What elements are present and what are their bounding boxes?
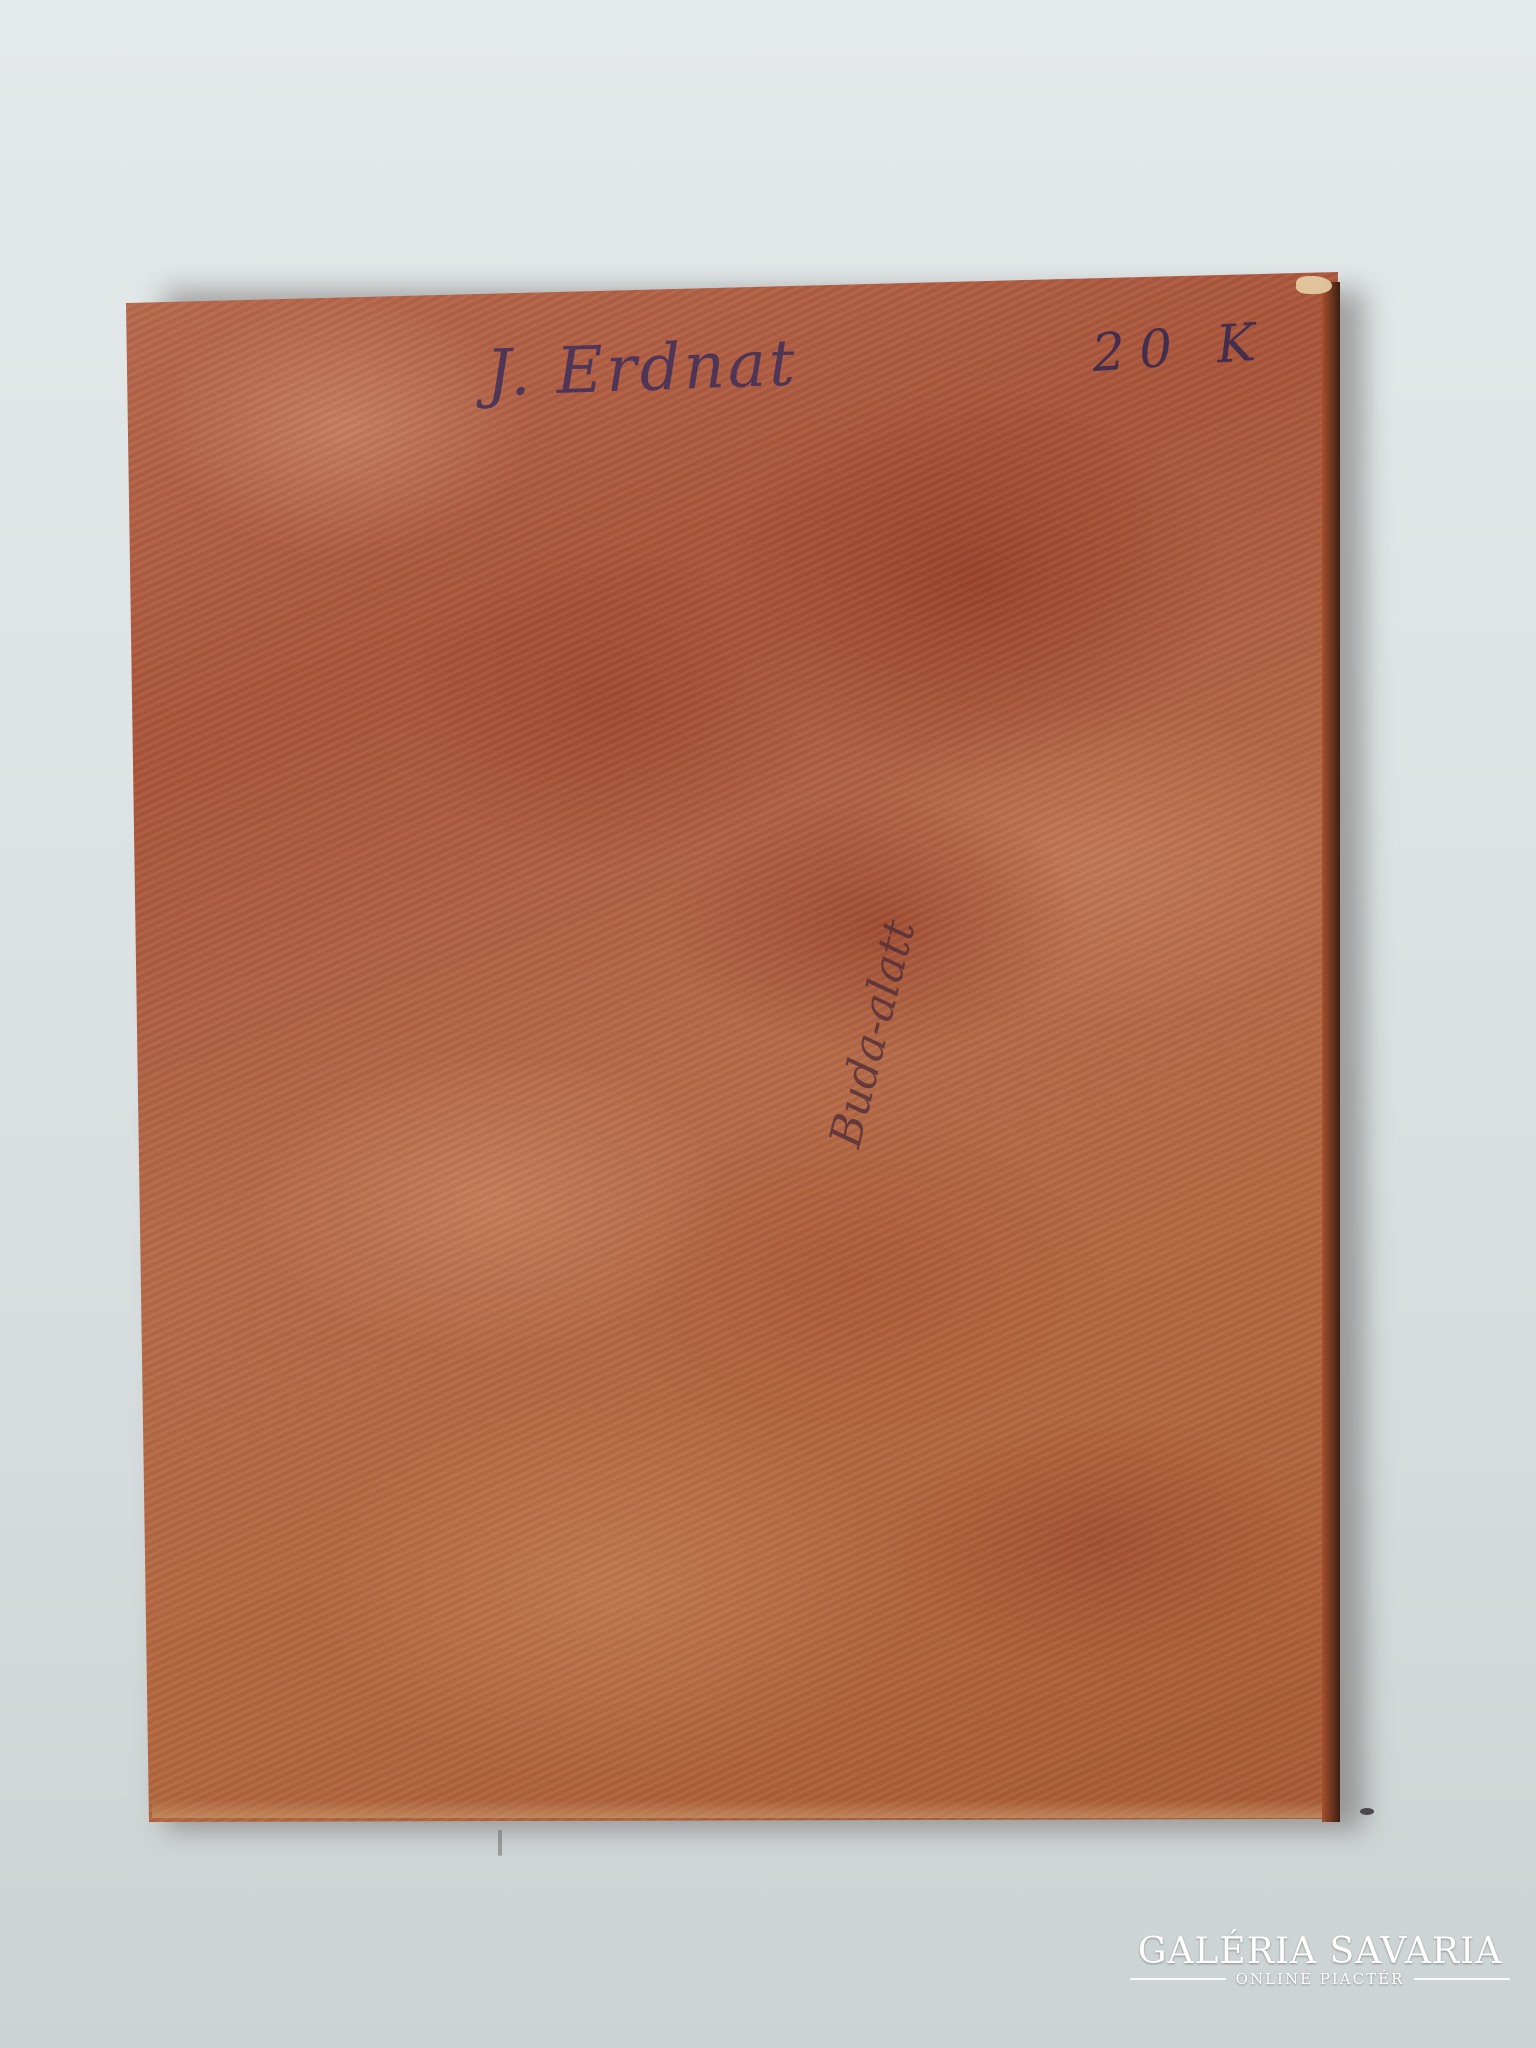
watermark-subtitle-row: ONLINE PIACTÉR [1130,1970,1510,1988]
corner-chip [1296,276,1332,294]
dust-speck [498,1830,502,1856]
panel-bottom-edge [152,1800,1322,1818]
watermark-rule-right [1414,1978,1510,1980]
dust-speck [1360,1808,1374,1815]
panel-right-edge [1322,282,1340,1822]
handwritten-price: 20 K [1090,312,1271,384]
gallery-watermark: GALÉRIA SAVARIA ONLINE PIACTÉR [1130,1932,1510,1988]
watermark-title: GALÉRIA SAVARIA [1130,1932,1510,1972]
panel-back-surface [126,272,1338,1822]
handwritten-name: J. Erdnat [485,327,799,412]
watermark-subtitle: ONLINE PIACTÉR [1236,1970,1405,1988]
watermark-rule-left [1130,1978,1226,1980]
